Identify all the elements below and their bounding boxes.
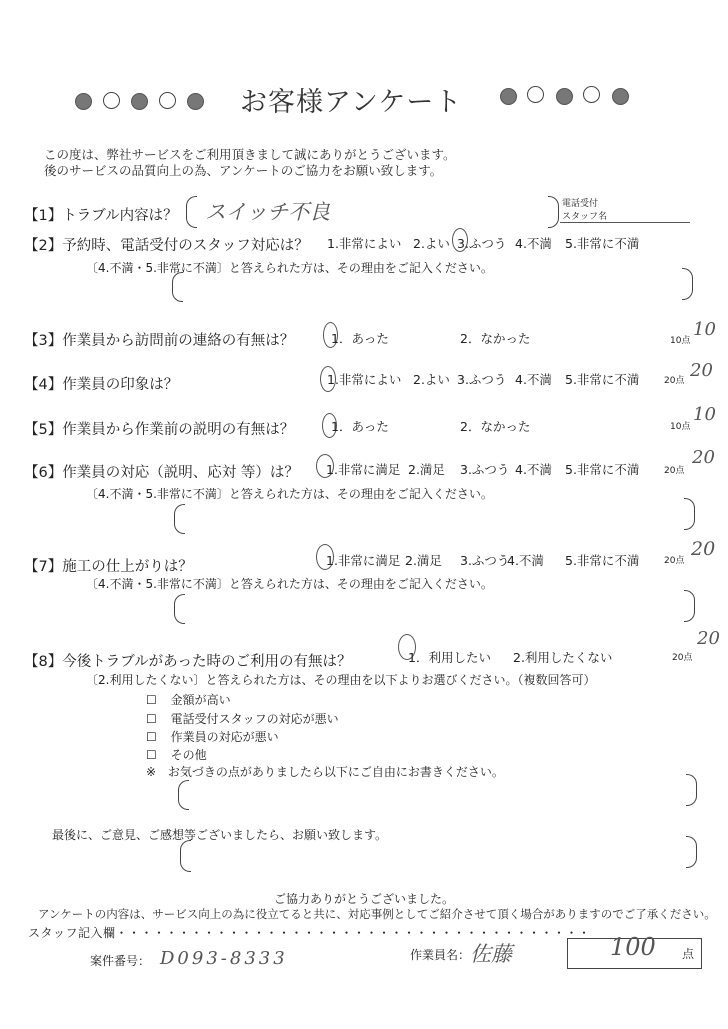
q8-points-label: 20点 bbox=[672, 650, 692, 663]
checkbox-item[interactable]: ☐ 金額が高い bbox=[146, 691, 231, 708]
bracket-right bbox=[682, 268, 693, 300]
bracket-left bbox=[180, 840, 191, 872]
dot-filled-icon bbox=[612, 88, 629, 105]
q8-label: 【8】今後トラブルがあった時のご利用の有無は？ bbox=[24, 650, 352, 671]
worker-name-label: 作業員名： bbox=[410, 946, 470, 963]
dot-empty-icon bbox=[103, 92, 120, 109]
bracket-left bbox=[172, 272, 183, 302]
q8-reason-prompt: 〔2.利用したくない〕と答えられた方は、その理由を以下よりお選びください。（複数… bbox=[86, 671, 595, 688]
q2-option-2[interactable]: 2.よい bbox=[413, 234, 450, 252]
staff-name-line[interactable] bbox=[560, 222, 690, 223]
checkbox-icon[interactable]: ☐ bbox=[146, 712, 157, 726]
bracket-right bbox=[686, 774, 697, 806]
staff-label-1: 電話受付 bbox=[562, 196, 598, 209]
q2-label: 【2】予約時、電話受付のスタッフ対応は？ bbox=[24, 234, 309, 255]
checkbox-item[interactable]: ☐ その他 bbox=[146, 746, 207, 763]
bracket-right bbox=[684, 498, 695, 530]
thanks-text: ご協力ありがとうございました。 bbox=[274, 890, 454, 907]
q4-option-2[interactable]: 2.よい bbox=[413, 370, 450, 388]
q3-label: 【3】作業員から訪問前の連絡の有無は？ bbox=[24, 329, 294, 350]
intro-line-1: この度は、弊社サービスをご利用頂きまして誠にありがとうございます。 bbox=[44, 147, 456, 163]
disclaimer-text: アンケートの内容は、サービス向上の為に役立てると共に、対応事例としてご紹介させて… bbox=[38, 906, 716, 922]
q6-option-5[interactable]: 5.非常に不満 bbox=[565, 460, 639, 478]
dot-filled-icon bbox=[500, 88, 517, 105]
checkbox-item[interactable]: ☐ 作業員の対応が悪い bbox=[146, 728, 279, 745]
q6-label: 【6】作業員の対応（説明、応対 等）は？ bbox=[24, 461, 299, 482]
q7-score: 20 bbox=[691, 538, 715, 560]
staff-label-2: スタッフ名 bbox=[562, 209, 607, 222]
q7-option-2[interactable]: 2.満足 bbox=[405, 551, 442, 569]
bracket-left bbox=[178, 780, 189, 810]
q4-option-1[interactable]: 1.非常によい bbox=[327, 370, 401, 388]
q8-option-1[interactable]: 1．利用したい bbox=[408, 648, 491, 666]
checkbox-icon[interactable]: ☐ bbox=[146, 693, 157, 707]
q6-option-1[interactable]: 1.非常に満足 bbox=[326, 460, 400, 478]
q3-points-label: 10点 bbox=[670, 333, 690, 346]
q7-reason-prompt: 〔4.不満・5.非常に不満〕と答えられた方は、その理由をご記入ください。 bbox=[86, 575, 493, 592]
case-number-value[interactable]: D093-8333 bbox=[160, 948, 288, 969]
note-mark-icon: ※ bbox=[146, 765, 156, 779]
case-number-label: 案件番号： bbox=[90, 952, 150, 969]
q8-free-comment-field[interactable] bbox=[190, 780, 684, 808]
q3-option-2[interactable]: 2．なかった bbox=[460, 329, 530, 347]
total-score-value: 100 bbox=[610, 933, 656, 961]
q3-option-1[interactable]: 1．あった bbox=[331, 329, 389, 347]
q8-option-2[interactable]: 2.利用したくない bbox=[513, 648, 612, 666]
q6-reason-field[interactable] bbox=[186, 504, 682, 532]
q5-label: 【5】作業員から作業前の説明の有無は？ bbox=[24, 418, 294, 439]
q3-score: 10 bbox=[693, 319, 716, 340]
q1-label: 【1】トラブル内容は？ bbox=[24, 204, 178, 225]
intro-line-2: 後のサービスの品質向上の為、アンケートのご協力をお願い致します。 bbox=[44, 163, 442, 179]
dot-filled-icon bbox=[556, 88, 573, 105]
q5-score: 10 bbox=[693, 404, 716, 425]
q6-points-label: 20点 bbox=[664, 463, 684, 476]
q2-option-3[interactable]: 3.ふつう bbox=[457, 234, 506, 252]
points-unit-label: 点 bbox=[682, 945, 694, 962]
q2-option-5[interactable]: 5.非常に不満 bbox=[565, 234, 639, 252]
q4-option-5[interactable]: 5.非常に不満 bbox=[565, 370, 639, 388]
checkbox-item[interactable]: ☐ 電話受付スタッフの対応が悪い bbox=[146, 710, 339, 727]
q4-score: 20 bbox=[690, 360, 713, 381]
q7-option-1[interactable]: 1.非常に満足 bbox=[326, 551, 400, 569]
checkbox-label: 作業員の対応が悪い bbox=[171, 730, 279, 744]
q4-points-label: 20点 bbox=[664, 373, 684, 386]
q5-option-2[interactable]: 2．なかった bbox=[460, 417, 530, 435]
worker-name-value[interactable]: 佐藤 bbox=[470, 938, 512, 968]
dot-filled-icon bbox=[187, 93, 204, 110]
q2-option-1[interactable]: 1.非常によい bbox=[327, 234, 401, 252]
dot-empty-icon bbox=[583, 86, 600, 103]
q5-option-1[interactable]: 1．あった bbox=[331, 417, 389, 435]
checkbox-label: 電話受付スタッフの対応が悪い bbox=[171, 712, 339, 726]
q7-option-4[interactable]: 4.不満 bbox=[507, 551, 544, 569]
checkbox-label: 金額が高い bbox=[171, 693, 231, 707]
note-label: お気づきの点がありましたら以下にご自由にお書きください。 bbox=[168, 765, 504, 779]
q7-reason-field[interactable] bbox=[186, 594, 682, 622]
bracket-left bbox=[174, 504, 185, 534]
bracket-right bbox=[548, 196, 559, 228]
q8-score: 20 bbox=[697, 628, 720, 649]
q2-option-4[interactable]: 4.不満 bbox=[515, 234, 552, 252]
dot-empty-icon bbox=[527, 86, 544, 103]
bracket-right bbox=[684, 590, 695, 622]
total-score-box[interactable]: 100 点 bbox=[567, 938, 702, 969]
q4-option-3[interactable]: 3.ふつう bbox=[457, 370, 506, 388]
q2-reason-field[interactable] bbox=[184, 272, 682, 300]
q4-label: 【4】作業員の印象は？ bbox=[24, 373, 178, 394]
dot-filled-icon bbox=[131, 93, 148, 110]
checkbox-icon[interactable]: ☐ bbox=[146, 730, 157, 744]
bracket-right bbox=[686, 836, 697, 868]
q6-score: 20 bbox=[692, 447, 715, 468]
q6-option-4[interactable]: 4.不満 bbox=[515, 460, 552, 478]
dot-filled-icon bbox=[75, 93, 92, 110]
q7-option-5[interactable]: 5.非常に不満 bbox=[565, 551, 639, 569]
q5-points-label: 10点 bbox=[670, 419, 690, 432]
q6-option-3[interactable]: 3.ふつう bbox=[460, 460, 509, 478]
q7-label: 【7】施工の仕上がりは？ bbox=[24, 555, 193, 576]
final-comment-field[interactable] bbox=[192, 840, 684, 870]
checkbox-icon[interactable]: ☐ bbox=[146, 748, 157, 762]
q6-reason-prompt: 〔4.不満・5.非常に不満〕と答えられた方は、その理由をご記入ください。 bbox=[86, 485, 493, 502]
checkbox-label: その他 bbox=[171, 748, 207, 762]
q6-option-2[interactable]: 2.満足 bbox=[408, 460, 445, 478]
bracket-left bbox=[186, 196, 197, 228]
dot-empty-icon bbox=[159, 92, 176, 109]
bracket-left bbox=[174, 594, 185, 624]
q4-option-4[interactable]: 4.不満 bbox=[515, 370, 552, 388]
page-title: お客様アンケート bbox=[240, 80, 462, 119]
q7-points-label: 20点 bbox=[664, 553, 684, 566]
q7-option-3[interactable]: 3.ふつう bbox=[460, 551, 509, 569]
q1-answer-field[interactable]: スイッチ不良 bbox=[205, 196, 330, 226]
note-item: ※ お気づきの点がありましたら以下にご自由にお書きください。 bbox=[146, 763, 504, 780]
